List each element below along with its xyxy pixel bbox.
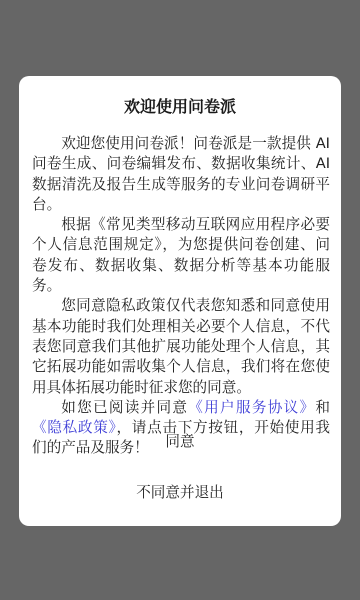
disagree-exit-button[interactable]: 不同意并退出 [19,483,341,503]
dialog-content: 欢迎您使用问卷派！问卷派是一款提供 AI 问卷生成、问卷编辑发布、数据收集统计、… [32,134,330,459]
regulation-paragraph: 根据《常见类型移动互联网应用程序必要个人信息范围规定》，为您提供问卷创建、问卷发… [32,215,330,296]
privacy-consent-dialog: 欢迎使用问卷派 欢迎您使用问卷派！问卷派是一款提供 AI 问卷生成、问卷编辑发布… [19,76,341,526]
dialog-title: 欢迎使用问卷派 [19,96,341,118]
user-service-agreement-link[interactable]: 《用户服务协议》 [188,399,315,416]
intro-paragraph: 欢迎您使用问卷派！问卷派是一款提供 AI 问卷生成、问卷编辑发布、数据收集统计、… [32,134,330,215]
consent-conjunction: 和 [315,399,330,416]
agree-button[interactable]: 同意 [19,432,341,452]
privacy-scope-paragraph: 您同意隐私政策仅代表您知悉和同意使用基本功能时我们处理相关必要个人信息，不代表您… [32,296,330,397]
consent-prefix: 如您已阅读并同意 [61,399,188,416]
